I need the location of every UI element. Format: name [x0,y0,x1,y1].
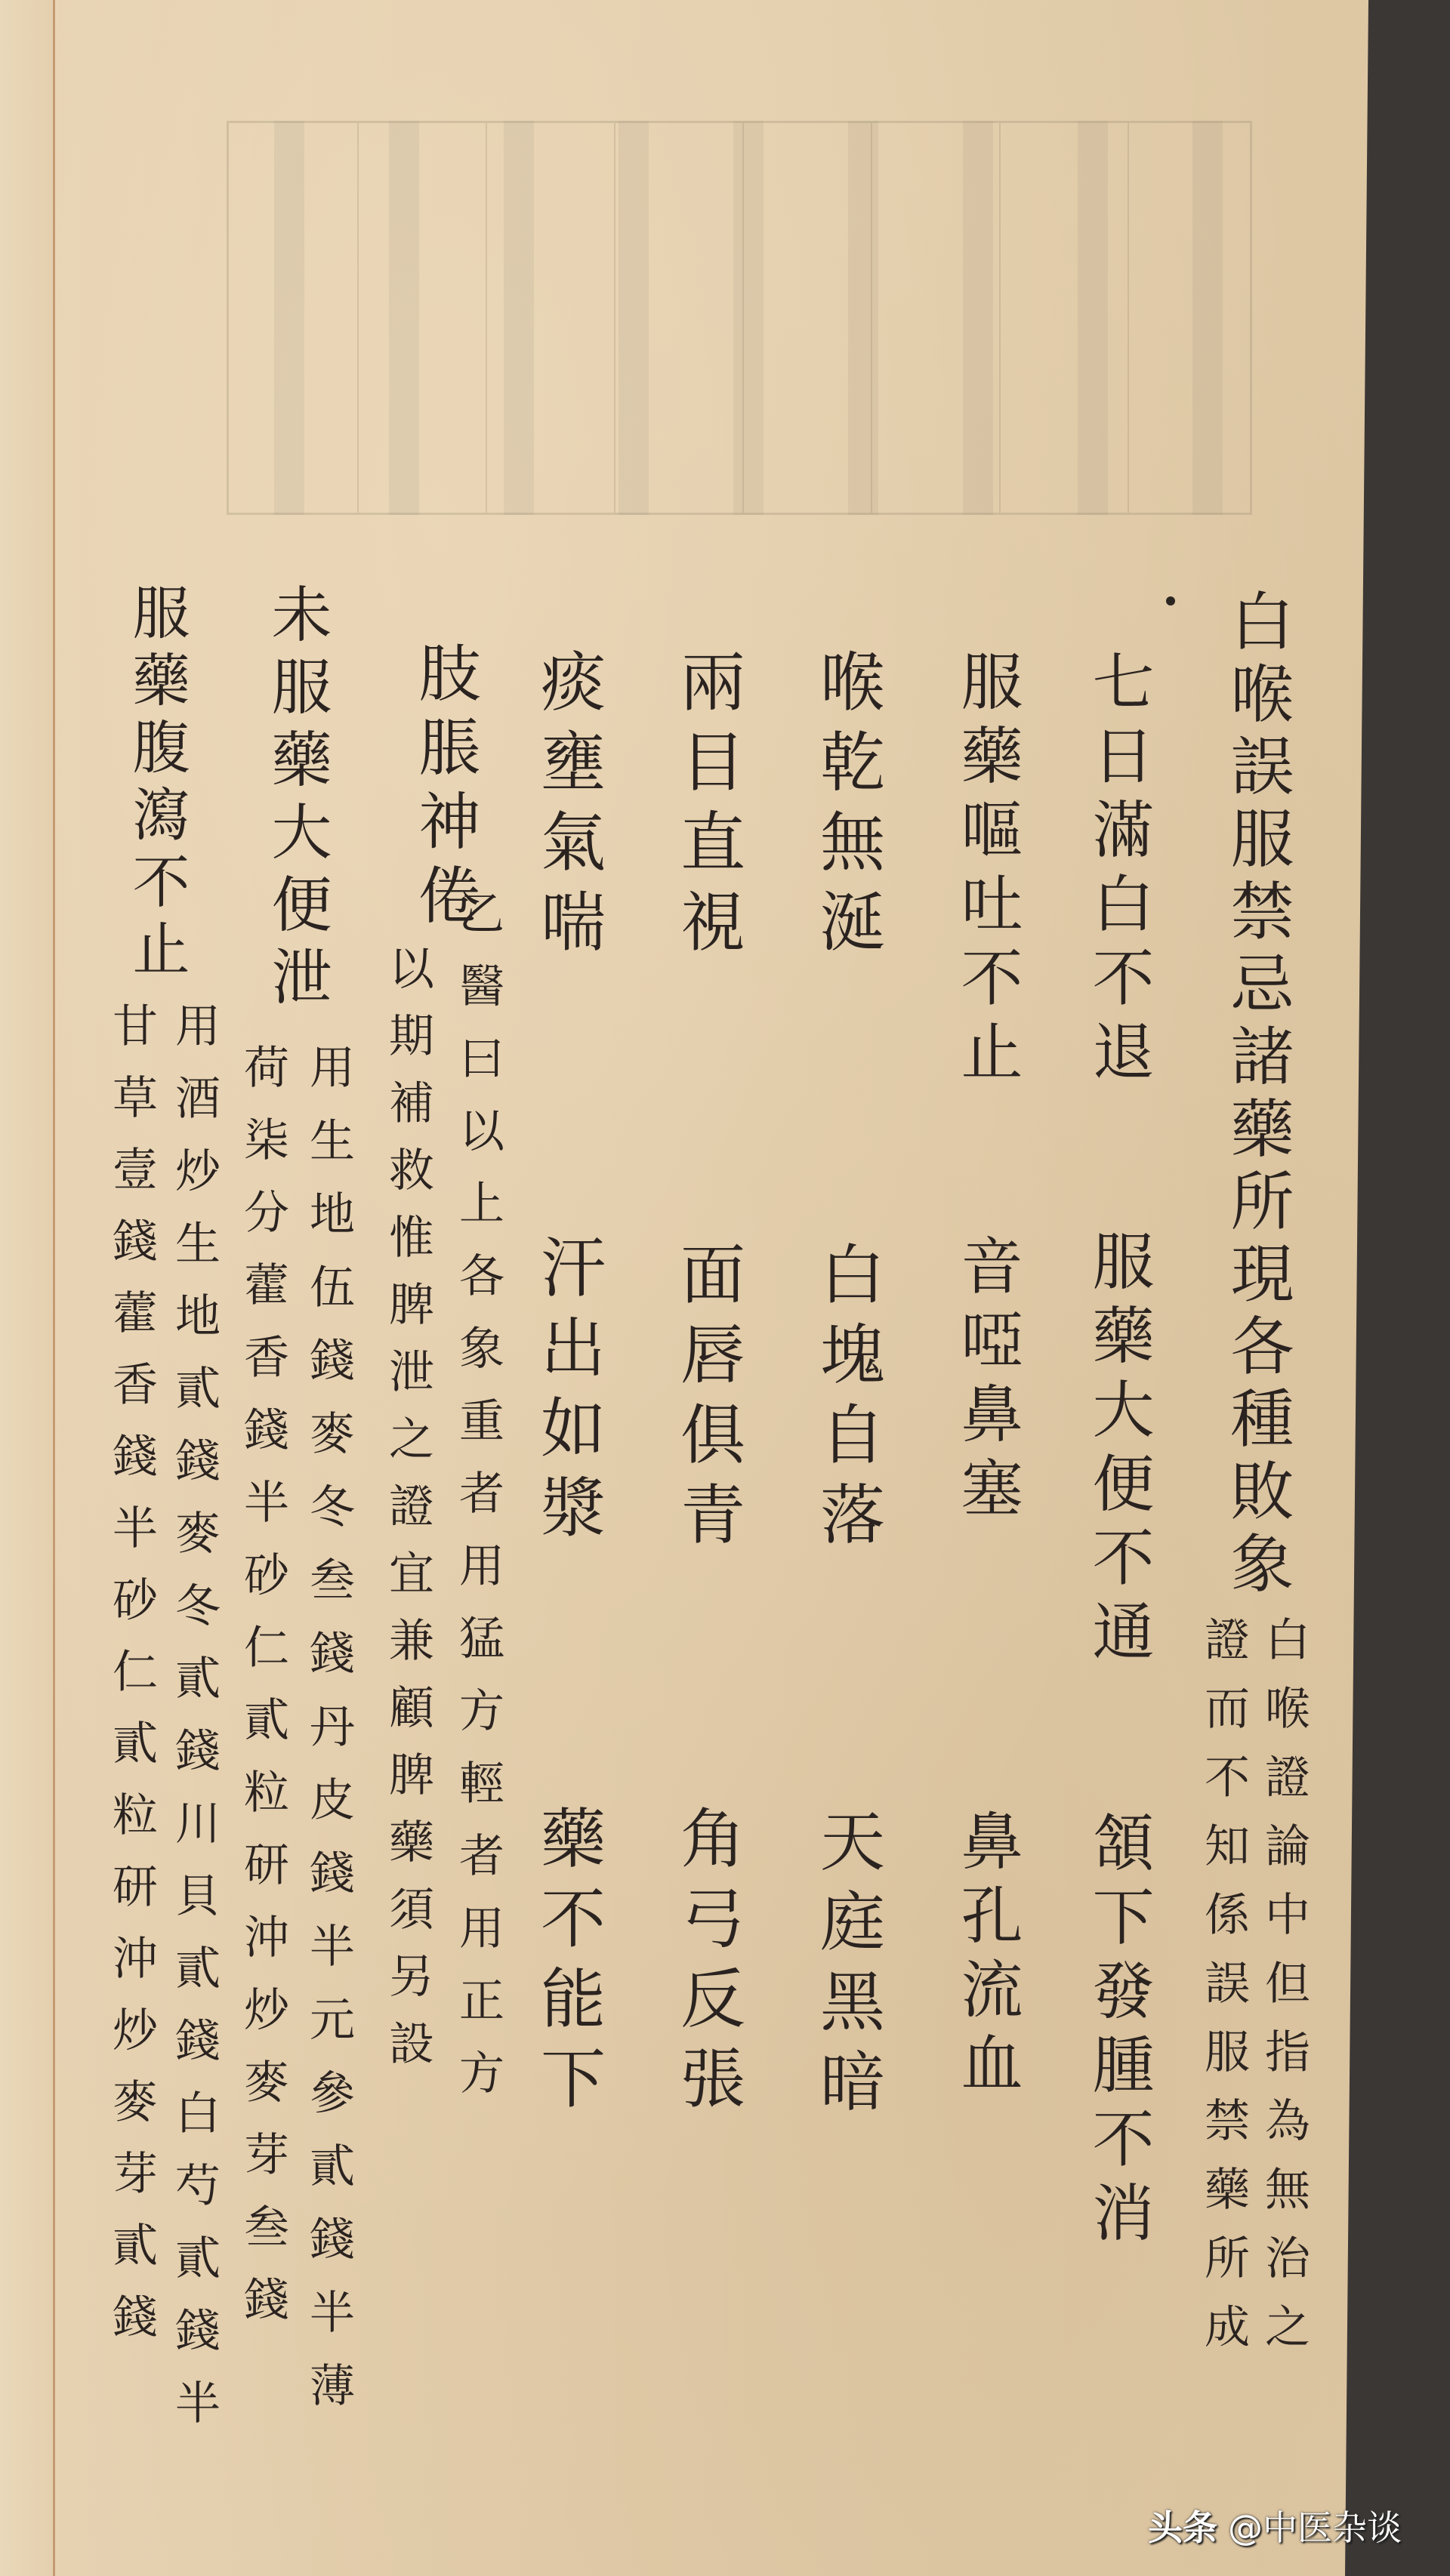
symptom-item: 痰壅氣喘 [535,648,600,968]
ghost-rule [1128,123,1129,513]
symptom-item: 面唇俱青 [674,1240,739,1561]
prescription-note-left: 甘草壹錢藿香錢半砂仁貳粒研沖炒麥芽貳錢 [109,1002,154,2365]
symptom-item: 服藥嘔吐不止 [955,649,1017,1093]
ghost-rule [871,123,872,513]
symptom-item: 白塊自落 [814,1240,879,1561]
prescription-note-right: 用生地伍錢麥冬叁錢丹皮錢半元參貳錢半薄 [306,1043,351,2435]
ghost-rule [357,123,359,513]
adjacent-page-edge [0,0,53,2576]
prescription-condition: 服藥腹瀉不止 [128,583,185,986]
symptom-item: 音啞鼻塞 [955,1234,1017,1530]
symptom-item: 喉乾無涎 [814,648,879,968]
ghost-rule [486,123,487,513]
source-watermark: 头条@中医杂谈 [1148,2501,1402,2550]
symptom-item: 角弓反張 [674,1804,739,2125]
symptom-item: 鼻孔流血 [955,1809,1017,2105]
symptom-item: 頷下發腫不消 [1087,1810,1149,2254]
symptom-item: 藥不能下 [535,1804,600,2125]
symptom-item: 服藥大便不通 [1087,1229,1149,1673]
watermark-platform: 头条 [1148,2507,1217,2548]
prescription-note-left: 荷柒分藿香錢半砂仁貳粒研沖炒麥芽叁錢 [240,1043,285,2348]
ghost-rule [742,123,744,513]
commentary-left: 以期補救惟脾泄之證宜兼顧脾藥須另設 [385,944,430,2087]
heading-note-right: 白喉證論中但指為無治之 [1261,1616,1307,2371]
symptom-item: 汗出如漿 [535,1234,600,1554]
commentary-right: 乙醫曰以上各象重者用猛方輕者用正方 [455,889,501,2122]
show-through-frame [227,121,1252,515]
page-fold-line [53,0,55,2576]
symptom-item: 七日滿白不退 [1087,649,1149,1093]
prescription-condition: 未服藥大便泄 [266,583,326,1018]
prescription-note-right: 用酒炒生地貳錢麥冬貳錢川貝貳錢白芍貳錢半 [171,1002,217,2451]
symptom-item: 兩目直視 [674,648,739,968]
ghost-rule [614,123,615,513]
watermark-handle: @中医杂谈 [1228,2507,1402,2548]
heading-note-left: 證而不知係誤服禁藥所成 [1201,1616,1246,2371]
heading-title: 白喉誤服禁忌諸藥所現各種敗象 [1226,588,1289,1603]
symptom-item: 天庭黑暗 [814,1807,879,2128]
ink-dot-mark [1166,596,1175,605]
ghost-rule [999,123,1001,513]
